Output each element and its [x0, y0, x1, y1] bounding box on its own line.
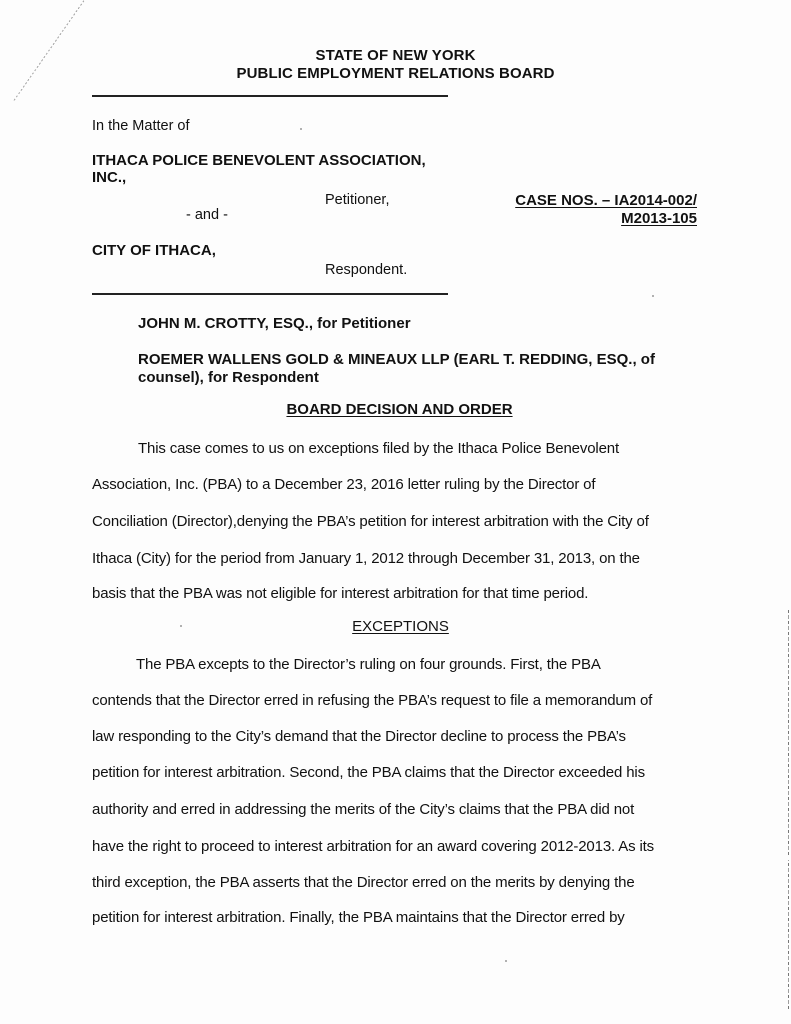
body-line: have the right to proceed to interest ar…: [92, 838, 654, 855]
caption-top-rule: [92, 95, 448, 97]
body-line: This case comes to us on exceptions file…: [138, 440, 619, 457]
body-line: The PBA excepts to the Director’s ruling…: [136, 656, 601, 673]
respondent-counsel-cont: counsel), for Respondent: [138, 369, 319, 386]
respondent-name: CITY OF ITHACA,: [92, 242, 216, 259]
section-heading-exceptions: EXCEPTIONS: [0, 618, 791, 635]
case-numbers: CASE NOS. – IA2014-002/: [515, 192, 697, 209]
petitioner-name: ITHACA POLICE BENEVOLENT ASSOCIATION,: [92, 152, 426, 169]
body-line: third exception, the PBA asserts that th…: [92, 874, 635, 891]
caption-bottom-rule: [92, 293, 448, 295]
agency-board-title: PUBLIC EMPLOYMENT RELATIONS BOARD: [0, 65, 791, 82]
body-line: Ithaca (City) for the period from Januar…: [92, 550, 640, 567]
body-line: Conciliation (Director),denying the PBA’…: [92, 513, 649, 530]
scan-speck: [652, 295, 654, 297]
petitioner-counsel: JOHN M. CROTTY, ESQ., for Petitioner: [138, 315, 411, 332]
body-line: petition for interest arbitration. Secon…: [92, 764, 645, 781]
and-separator: - and -: [186, 207, 228, 223]
body-line: authority and erred in addressing the me…: [92, 801, 634, 818]
scan-speck: [300, 128, 302, 130]
petitioner-name-cont: INC.,: [92, 169, 126, 186]
scan-artifact-right-edge: [788, 610, 789, 1010]
section-heading-board-decision: BOARD DECISION AND ORDER: [0, 401, 791, 418]
in-the-matter-label: In the Matter of: [92, 118, 190, 134]
case-numbers-cont: M2013-105: [621, 210, 697, 227]
body-line: law responding to the City’s demand that…: [92, 728, 626, 745]
body-line: Association, Inc. (PBA) to a December 23…: [92, 476, 595, 493]
body-line: basis that the PBA was not eligible for …: [92, 585, 588, 602]
scan-artifact-edge-gap: [787, 855, 790, 860]
agency-state-title: STATE OF NEW YORK: [0, 47, 791, 64]
body-line: contends that the Director erred in refu…: [92, 692, 652, 709]
respondent-counsel: ROEMER WALLENS GOLD & MINEAUX LLP (EARL …: [138, 351, 655, 368]
respondent-role: Respondent.: [325, 262, 407, 278]
document-page: STATE OF NEW YORK PUBLIC EMPLOYMENT RELA…: [0, 0, 791, 1024]
petitioner-role: Petitioner,: [325, 192, 390, 208]
body-line: petition for interest arbitration. Final…: [92, 909, 625, 926]
scan-speck: [505, 960, 507, 962]
